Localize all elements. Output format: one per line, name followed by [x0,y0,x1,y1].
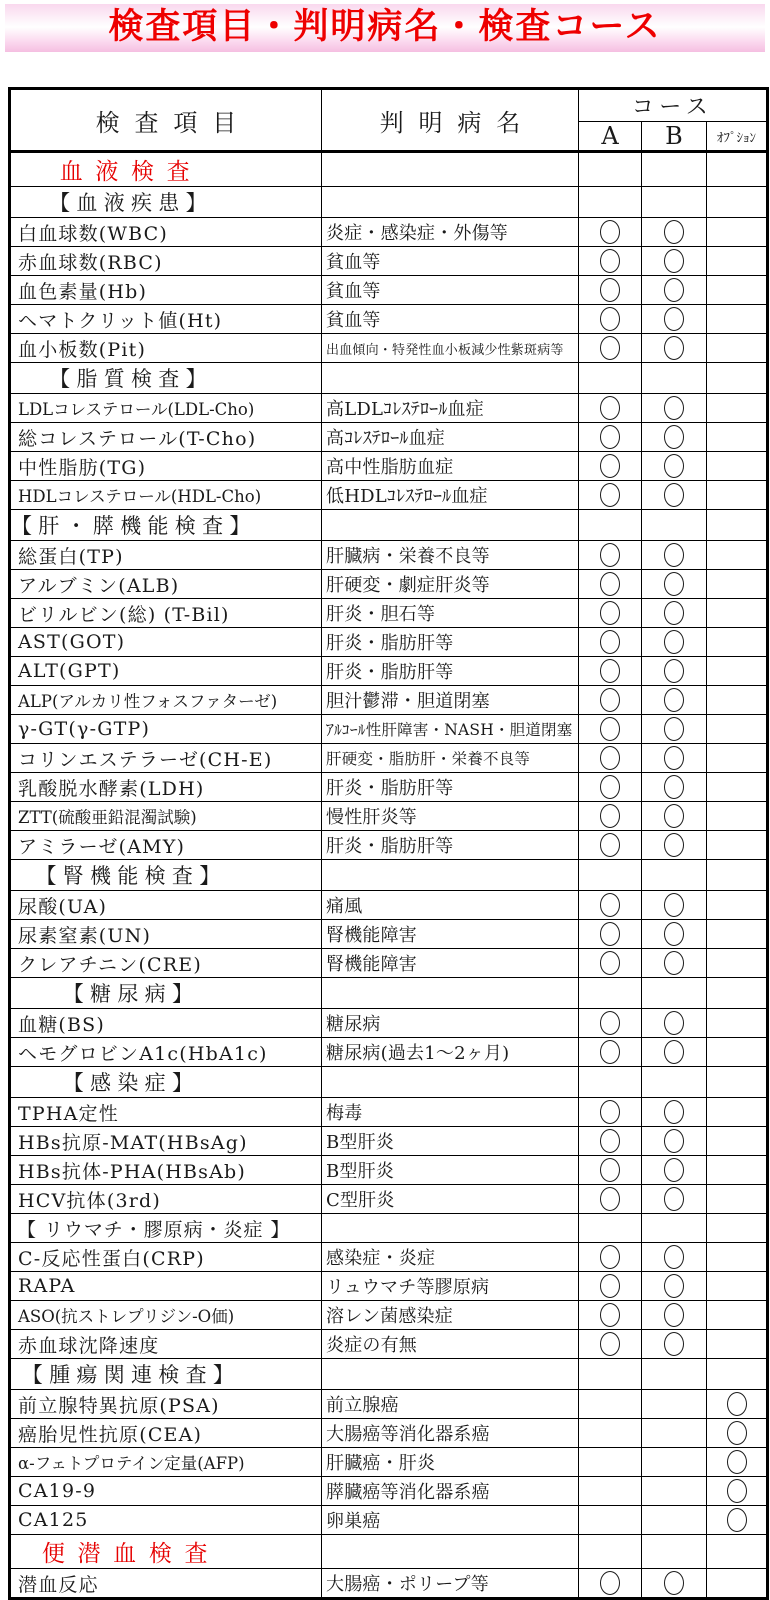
circle-mark-icon [664,543,684,567]
course-option-cell [707,481,768,510]
course-a-cell [579,1506,642,1535]
exam-item-cell: アルブミン(ALB) [10,570,322,599]
table-row: α-フェトプロテイン定量(AFP)肝臓癌・肝炎 [10,1448,768,1477]
course-a-cell [579,1067,642,1098]
table-row: 前立腺特異抗原(PSA)前立腺癌 [10,1390,768,1419]
course-a-cell [579,1127,642,1156]
course-b-cell [642,1067,707,1098]
course-b-cell [642,1390,707,1419]
circle-mark-icon [664,1187,684,1211]
disease-cell [322,978,579,1009]
table-row: HDLコレステロール(HDL-Cho)低HDLｺﾚｽﾃﾛｰﾙ血症 [10,481,768,510]
circle-mark-icon [600,688,620,712]
exam-item-cell: ビリルビン(総) (T-Bil) [10,599,322,628]
course-a-cell [579,334,642,363]
table-row: CA19-9膵臓癌等消化器系癌 [10,1477,768,1506]
section-row: 便潜血検査 [10,1535,768,1569]
course-b-cell [642,1535,707,1569]
subsection-title-cell: 【糖尿病】 [10,978,322,1009]
course-a-cell [579,1569,642,1599]
circle-mark-icon [664,659,684,683]
table-row: アルブミン(ALB)肝硬変・劇症肝炎等 [10,570,768,599]
exam-item-cell: ZTT(硫酸亜鉛混濁試験) [10,802,322,831]
course-option-cell [707,1477,768,1506]
circle-mark-icon [664,1040,684,1064]
course-option-cell [707,802,768,831]
course-b-cell [642,686,707,715]
course-option-cell [707,599,768,628]
course-b-cell [642,305,707,334]
course-option-cell [707,276,768,305]
disease-cell: 糖尿病 [322,1009,579,1038]
course-a-cell [579,1272,642,1301]
circle-mark-icon [727,1421,747,1445]
circle-mark-icon [664,1011,684,1035]
course-b-cell [642,334,707,363]
disease-cell: ｱﾙｺｰﾙ性肝障害・NASH・胆道閉塞 [322,715,579,744]
course-b-cell [642,949,707,978]
course-a-cell [579,599,642,628]
circle-mark-icon [664,717,684,741]
exam-item-cell: 総蛋白(TP) [10,541,322,570]
course-option-cell [707,920,768,949]
course-b-cell [642,1506,707,1535]
disease-cell [322,510,579,541]
course-a-cell [579,452,642,481]
disease-cell: 肝炎・脂肪肝等 [322,657,579,686]
course-a-cell [579,218,642,247]
exam-item-cell: RAPA [10,1272,322,1301]
circle-mark-icon [664,775,684,799]
course-option-cell [707,628,768,657]
circle-mark-icon [664,804,684,828]
exam-item-cell: ヘマトクリット値(Ht) [10,305,322,334]
course-option-cell [707,860,768,891]
circle-mark-icon [664,307,684,331]
circle-mark-icon [664,922,684,946]
circle-mark-icon [600,1303,620,1327]
section-title-cell: 血液検査 [10,152,322,187]
disease-cell: 低HDLｺﾚｽﾃﾛｰﾙ血症 [322,481,579,510]
circle-mark-icon [600,893,620,917]
disease-cell [322,152,579,187]
course-b-cell [642,481,707,510]
course-b-cell [642,1038,707,1067]
table-body: 血液検査【血液疾患】白血球数(WBC)炎症・感染症・外傷等赤血球数(RBC)貧血… [10,152,768,1599]
course-option-cell [707,744,768,773]
disease-cell: 肝炎・脂肪肝等 [322,628,579,657]
course-option-cell [707,305,768,334]
circle-mark-icon [664,336,684,360]
disease-cell [322,187,579,218]
course-b-cell [642,831,707,860]
course-b-cell [642,1359,707,1390]
table-row: 総コレステロール(T-Cho)高ｺﾚｽﾃﾛｰﾙ血症 [10,423,768,452]
course-a-cell [579,744,642,773]
exam-item-cell: α-フェトプロテイン定量(AFP) [10,1448,322,1477]
circle-mark-icon [600,630,620,654]
circle-mark-icon [727,1450,747,1474]
course-a-cell [579,1301,642,1330]
course-a-cell [579,481,642,510]
header-exam-item: 検査項目 [10,89,322,152]
course-option-cell [707,570,768,599]
circle-mark-icon [600,483,620,507]
course-a-cell [579,715,642,744]
course-option-cell [707,978,768,1009]
table-row: 乳酸脱水酵素(LDH)肝炎・脂肪肝等 [10,773,768,802]
disease-cell: 梅毒 [322,1098,579,1127]
course-b-cell [642,1301,707,1330]
course-a-cell [579,1038,642,1067]
course-option-cell [707,1419,768,1448]
disease-cell: 大腸癌・ポリープ等 [322,1569,579,1599]
circle-mark-icon [664,630,684,654]
table-row: 白血球数(WBC)炎症・感染症・外傷等 [10,218,768,247]
course-b-cell [642,363,707,394]
disease-cell: 卵巣癌 [322,1506,579,1535]
circle-mark-icon [600,454,620,478]
course-a-cell [579,1419,642,1448]
table-row: TPHA定性梅毒 [10,1098,768,1127]
exam-item-cell: 中性脂肪(TG) [10,452,322,481]
course-b-cell [642,1419,707,1448]
disease-cell: 肝硬変・劇症肝炎等 [322,570,579,599]
course-option-cell [707,686,768,715]
subsection-row: 【脂質検査】 [10,363,768,394]
course-option-cell [707,423,768,452]
course-b-cell [642,802,707,831]
disease-cell: 溶レン菌感染症 [322,1301,579,1330]
course-a-cell [579,363,642,394]
circle-mark-icon [664,1571,684,1595]
disease-cell: 肝臓癌・肝炎 [322,1448,579,1477]
circle-mark-icon [664,396,684,420]
circle-mark-icon [664,1158,684,1182]
exam-item-cell: クレアチニン(CRE) [10,949,322,978]
course-option-cell [707,1330,768,1359]
circle-mark-icon [664,220,684,244]
disease-cell: 出血傾向・特発性血小板減少性紫斑病等 [322,334,579,363]
table-row: ヘマトクリット値(Ht)貧血等 [10,305,768,334]
disease-cell: 貧血等 [322,276,579,305]
circle-mark-icon [664,278,684,302]
disease-cell: 痛風 [322,891,579,920]
exam-item-cell: コリンエステラーゼ(CH-E) [10,744,322,773]
course-a-cell [579,1448,642,1477]
course-a-cell [579,1390,642,1419]
circle-mark-icon [600,572,620,596]
disease-cell: 大腸癌等消化器系癌 [322,1419,579,1448]
circle-mark-icon [600,307,620,331]
course-b-cell [642,1243,707,1272]
table-row: ALT(GPT)肝炎・脂肪肝等 [10,657,768,686]
table-row: HBs抗原-MAT(HBsAg)B型肝炎 [10,1127,768,1156]
course-a-cell [579,1098,642,1127]
exam-item-cell: ALP(アルカリ性フォスファターゼ) [10,686,322,715]
disease-cell: 腎機能障害 [322,949,579,978]
table-row: 赤血球数(RBC)貧血等 [10,247,768,276]
circle-mark-icon [664,951,684,975]
course-option-cell [707,363,768,394]
circle-mark-icon [600,249,620,273]
course-b-cell [642,978,707,1009]
table-row: 赤血球沈降速度炎症の有無 [10,1330,768,1359]
disease-cell: B型肝炎 [322,1127,579,1156]
course-option-cell [707,247,768,276]
course-b-cell [642,510,707,541]
subsection-title-cell: 【 リウマチ・膠原病・炎症 】 [10,1214,322,1243]
course-option-cell [707,218,768,247]
circle-mark-icon [600,543,620,567]
table-row: 癌胎児性抗原(CEA)大腸癌等消化器系癌 [10,1419,768,1448]
exam-item-cell: 血小板数(Pit) [10,334,322,363]
table-row: 血色素量(Hb)貧血等 [10,276,768,305]
subsection-row: 【感染症】 [10,1067,768,1098]
course-b-cell [642,1330,707,1359]
title-banner: 検査項目・判明病名・検査コース [5,4,765,52]
header-row-1: 検査項目 判明病名 コース [10,89,768,122]
disease-cell: 肝炎・胆石等 [322,599,579,628]
header-course: コース [579,89,768,122]
course-a-cell [579,920,642,949]
section-title-cell: 便潜血検査 [10,1535,322,1569]
course-option-cell [707,715,768,744]
subsection-row: 【 リウマチ・膠原病・炎症 】 [10,1214,768,1243]
circle-mark-icon [600,1332,620,1356]
course-option-cell [707,1038,768,1067]
course-a-cell [579,423,642,452]
circle-mark-icon [600,1100,620,1124]
course-b-cell [642,599,707,628]
course-option-cell [707,1301,768,1330]
disease-cell: 炎症の有無 [322,1330,579,1359]
subsection-row: 【腫瘍関連検査】 [10,1359,768,1390]
course-b-cell [642,1185,707,1214]
circle-mark-icon [600,717,620,741]
course-option-cell [707,510,768,541]
circle-mark-icon [664,1332,684,1356]
table-row: ALP(アルカリ性フォスファターゼ)胆汁鬱滞・胆道閉塞 [10,686,768,715]
circle-mark-icon [664,833,684,857]
disease-cell: 貧血等 [322,247,579,276]
exam-item-cell: HBs抗原-MAT(HBsAg) [10,1127,322,1156]
exam-item-cell: C-反応性蛋白(CRP) [10,1243,322,1272]
course-option-cell [707,541,768,570]
exam-item-cell: AST(GOT) [10,628,322,657]
course-a-cell [579,891,642,920]
exam-item-cell: HBs抗体-PHA(HBsAb) [10,1156,322,1185]
course-a-cell [579,152,642,187]
table-row: 中性脂肪(TG)高中性脂肪血症 [10,452,768,481]
exam-item-cell: γ-GT(γ-GTP) [10,715,322,744]
circle-mark-icon [600,833,620,857]
exam-item-cell: CA125 [10,1506,322,1535]
course-option-cell [707,1156,768,1185]
circle-mark-icon [600,1040,620,1064]
exam-item-cell: CA19-9 [10,1477,322,1506]
exam-item-cell: 血糖(BS) [10,1009,322,1038]
course-a-cell [579,773,642,802]
course-b-cell [642,452,707,481]
course-a-cell [579,247,642,276]
course-option-cell [707,1535,768,1569]
course-option-cell [707,1569,768,1599]
course-a-cell [579,657,642,686]
course-option-cell [707,152,768,187]
course-option-cell [707,1448,768,1477]
circle-mark-icon [664,1274,684,1298]
course-a-cell [579,1156,642,1185]
table-row: RAPAリュウマチ等膠原病 [10,1272,768,1301]
subsection-row: 【糖尿病】 [10,978,768,1009]
circle-mark-icon [600,1274,620,1298]
circle-mark-icon [664,1100,684,1124]
table-row: ビリルビン(総) (T-Bil)肝炎・胆石等 [10,599,768,628]
table-row: クレアチニン(CRE)腎機能障害 [10,949,768,978]
circle-mark-icon [664,688,684,712]
circle-mark-icon [600,1129,620,1153]
table-row: 尿素窒素(UN)腎機能障害 [10,920,768,949]
exam-item-cell: 癌胎児性抗原(CEA) [10,1419,322,1448]
disease-cell [322,1535,579,1569]
course-b-cell [642,920,707,949]
subsection-row: 【腎機能検査】 [10,860,768,891]
course-option-cell [707,1243,768,1272]
course-b-cell [642,152,707,187]
exam-item-cell: TPHA定性 [10,1098,322,1127]
course-b-cell [642,860,707,891]
course-a-cell [579,1009,642,1038]
course-a-cell [579,978,642,1009]
course-a-cell [579,1243,642,1272]
circle-mark-icon [600,804,620,828]
course-option-cell [707,452,768,481]
exam-item-cell: HDLコレステロール(HDL-Cho) [10,481,322,510]
course-a-cell [579,541,642,570]
course-a-cell [579,628,642,657]
course-a-cell [579,394,642,423]
course-b-cell [642,541,707,570]
subsection-title-cell: 【脂質検査】 [10,363,322,394]
course-option-cell [707,1067,768,1098]
circle-mark-icon [600,425,620,449]
disease-cell: 肝硬変・脂肪肝・栄養不良等 [322,744,579,773]
disease-cell [322,860,579,891]
course-a-cell [579,1214,642,1243]
circle-mark-icon [664,483,684,507]
course-option-cell [707,891,768,920]
circle-mark-icon [664,746,684,770]
disease-cell: C型肝炎 [322,1185,579,1214]
page-title: 検査項目・判明病名・検査コース [5,4,765,52]
course-option-cell [707,187,768,218]
table-row: ヘモグロビンA1c(HbA1c)糖尿病(過去1～2ヶ月) [10,1038,768,1067]
circle-mark-icon [600,746,620,770]
disease-cell: 高ｺﾚｽﾃﾛｰﾙ血症 [322,423,579,452]
course-b-cell [642,1214,707,1243]
header-course-b: B [642,122,707,152]
course-a-cell [579,686,642,715]
circle-mark-icon [664,893,684,917]
course-option-cell [707,773,768,802]
circle-mark-icon [600,1571,620,1595]
table-row: 血糖(BS)糖尿病 [10,1009,768,1038]
exam-item-cell: ASO(抗ストレプリジン-O価) [10,1301,322,1330]
course-a-cell [579,1535,642,1569]
table-row: ZTT(硫酸亜鉛混濁試験)慢性肝炎等 [10,802,768,831]
course-option-cell [707,1009,768,1038]
disease-cell: 前立腺癌 [322,1390,579,1419]
exam-item-cell: HCV抗体(3rd) [10,1185,322,1214]
table-header: 検査項目 判明病名 コース A B ｵﾌﾟｼｮﾝ [10,89,768,152]
circle-mark-icon [664,572,684,596]
disease-cell: 肝炎・脂肪肝等 [322,773,579,802]
circle-mark-icon [600,1245,620,1269]
disease-cell: リュウマチ等膠原病 [322,1272,579,1301]
circle-mark-icon [600,1158,620,1182]
course-b-cell [642,1569,707,1599]
header-course-a: A [579,122,642,152]
course-option-cell [707,394,768,423]
course-b-cell [642,657,707,686]
course-b-cell [642,570,707,599]
course-option-cell [707,1272,768,1301]
disease-cell: 胆汁鬱滞・胆道閉塞 [322,686,579,715]
course-a-cell [579,860,642,891]
disease-cell [322,363,579,394]
disease-cell: 膵臓癌等消化器系癌 [322,1477,579,1506]
table-row: ASO(抗ストレプリジン-O価)溶レン菌感染症 [10,1301,768,1330]
circle-mark-icon [600,396,620,420]
course-b-cell [642,715,707,744]
circle-mark-icon [600,775,620,799]
circle-mark-icon [664,1303,684,1327]
course-b-cell [642,1156,707,1185]
subsection-title-cell: 【血液疾患】 [10,187,322,218]
circle-mark-icon [600,951,620,975]
exam-item-cell: ヘモグロビンA1c(HbA1c) [10,1038,322,1067]
exam-item-cell: 前立腺特異抗原(PSA) [10,1390,322,1419]
exam-item-cell: 血色素量(Hb) [10,276,322,305]
disease-cell: 炎症・感染症・外傷等 [322,218,579,247]
circle-mark-icon [664,1129,684,1153]
circle-mark-icon [727,1508,747,1532]
disease-cell: B型肝炎 [322,1156,579,1185]
table-row: 総蛋白(TP)肝臓病・栄養不良等 [10,541,768,570]
disease-cell: 貧血等 [322,305,579,334]
disease-cell: 肝炎・脂肪肝等 [322,831,579,860]
disease-cell: 肝臓病・栄養不良等 [322,541,579,570]
course-a-cell [579,510,642,541]
exam-item-cell: ALT(GPT) [10,657,322,686]
subsection-title-cell: 【腎機能検査】 [10,860,322,891]
subsection-title-cell: 【感染症】 [10,1067,322,1098]
course-b-cell [642,276,707,305]
header-disease-name: 判明病名 [322,89,579,152]
exam-item-cell: 尿酸(UA) [10,891,322,920]
table-row: CA125卵巣癌 [10,1506,768,1535]
subsection-title-cell: 【肝・膵機能検査】 [10,510,322,541]
table-row: 血小板数(Pit)出血傾向・特発性血小板減少性紫斑病等 [10,334,768,363]
subsection-title-cell: 【腫瘍関連検査】 [10,1359,322,1390]
course-a-cell [579,802,642,831]
course-a-cell [579,831,642,860]
disease-cell: 高LDLｺﾚｽﾃﾛｰﾙ血症 [322,394,579,423]
course-b-cell [642,187,707,218]
disease-cell: 腎機能障害 [322,920,579,949]
course-a-cell [579,276,642,305]
